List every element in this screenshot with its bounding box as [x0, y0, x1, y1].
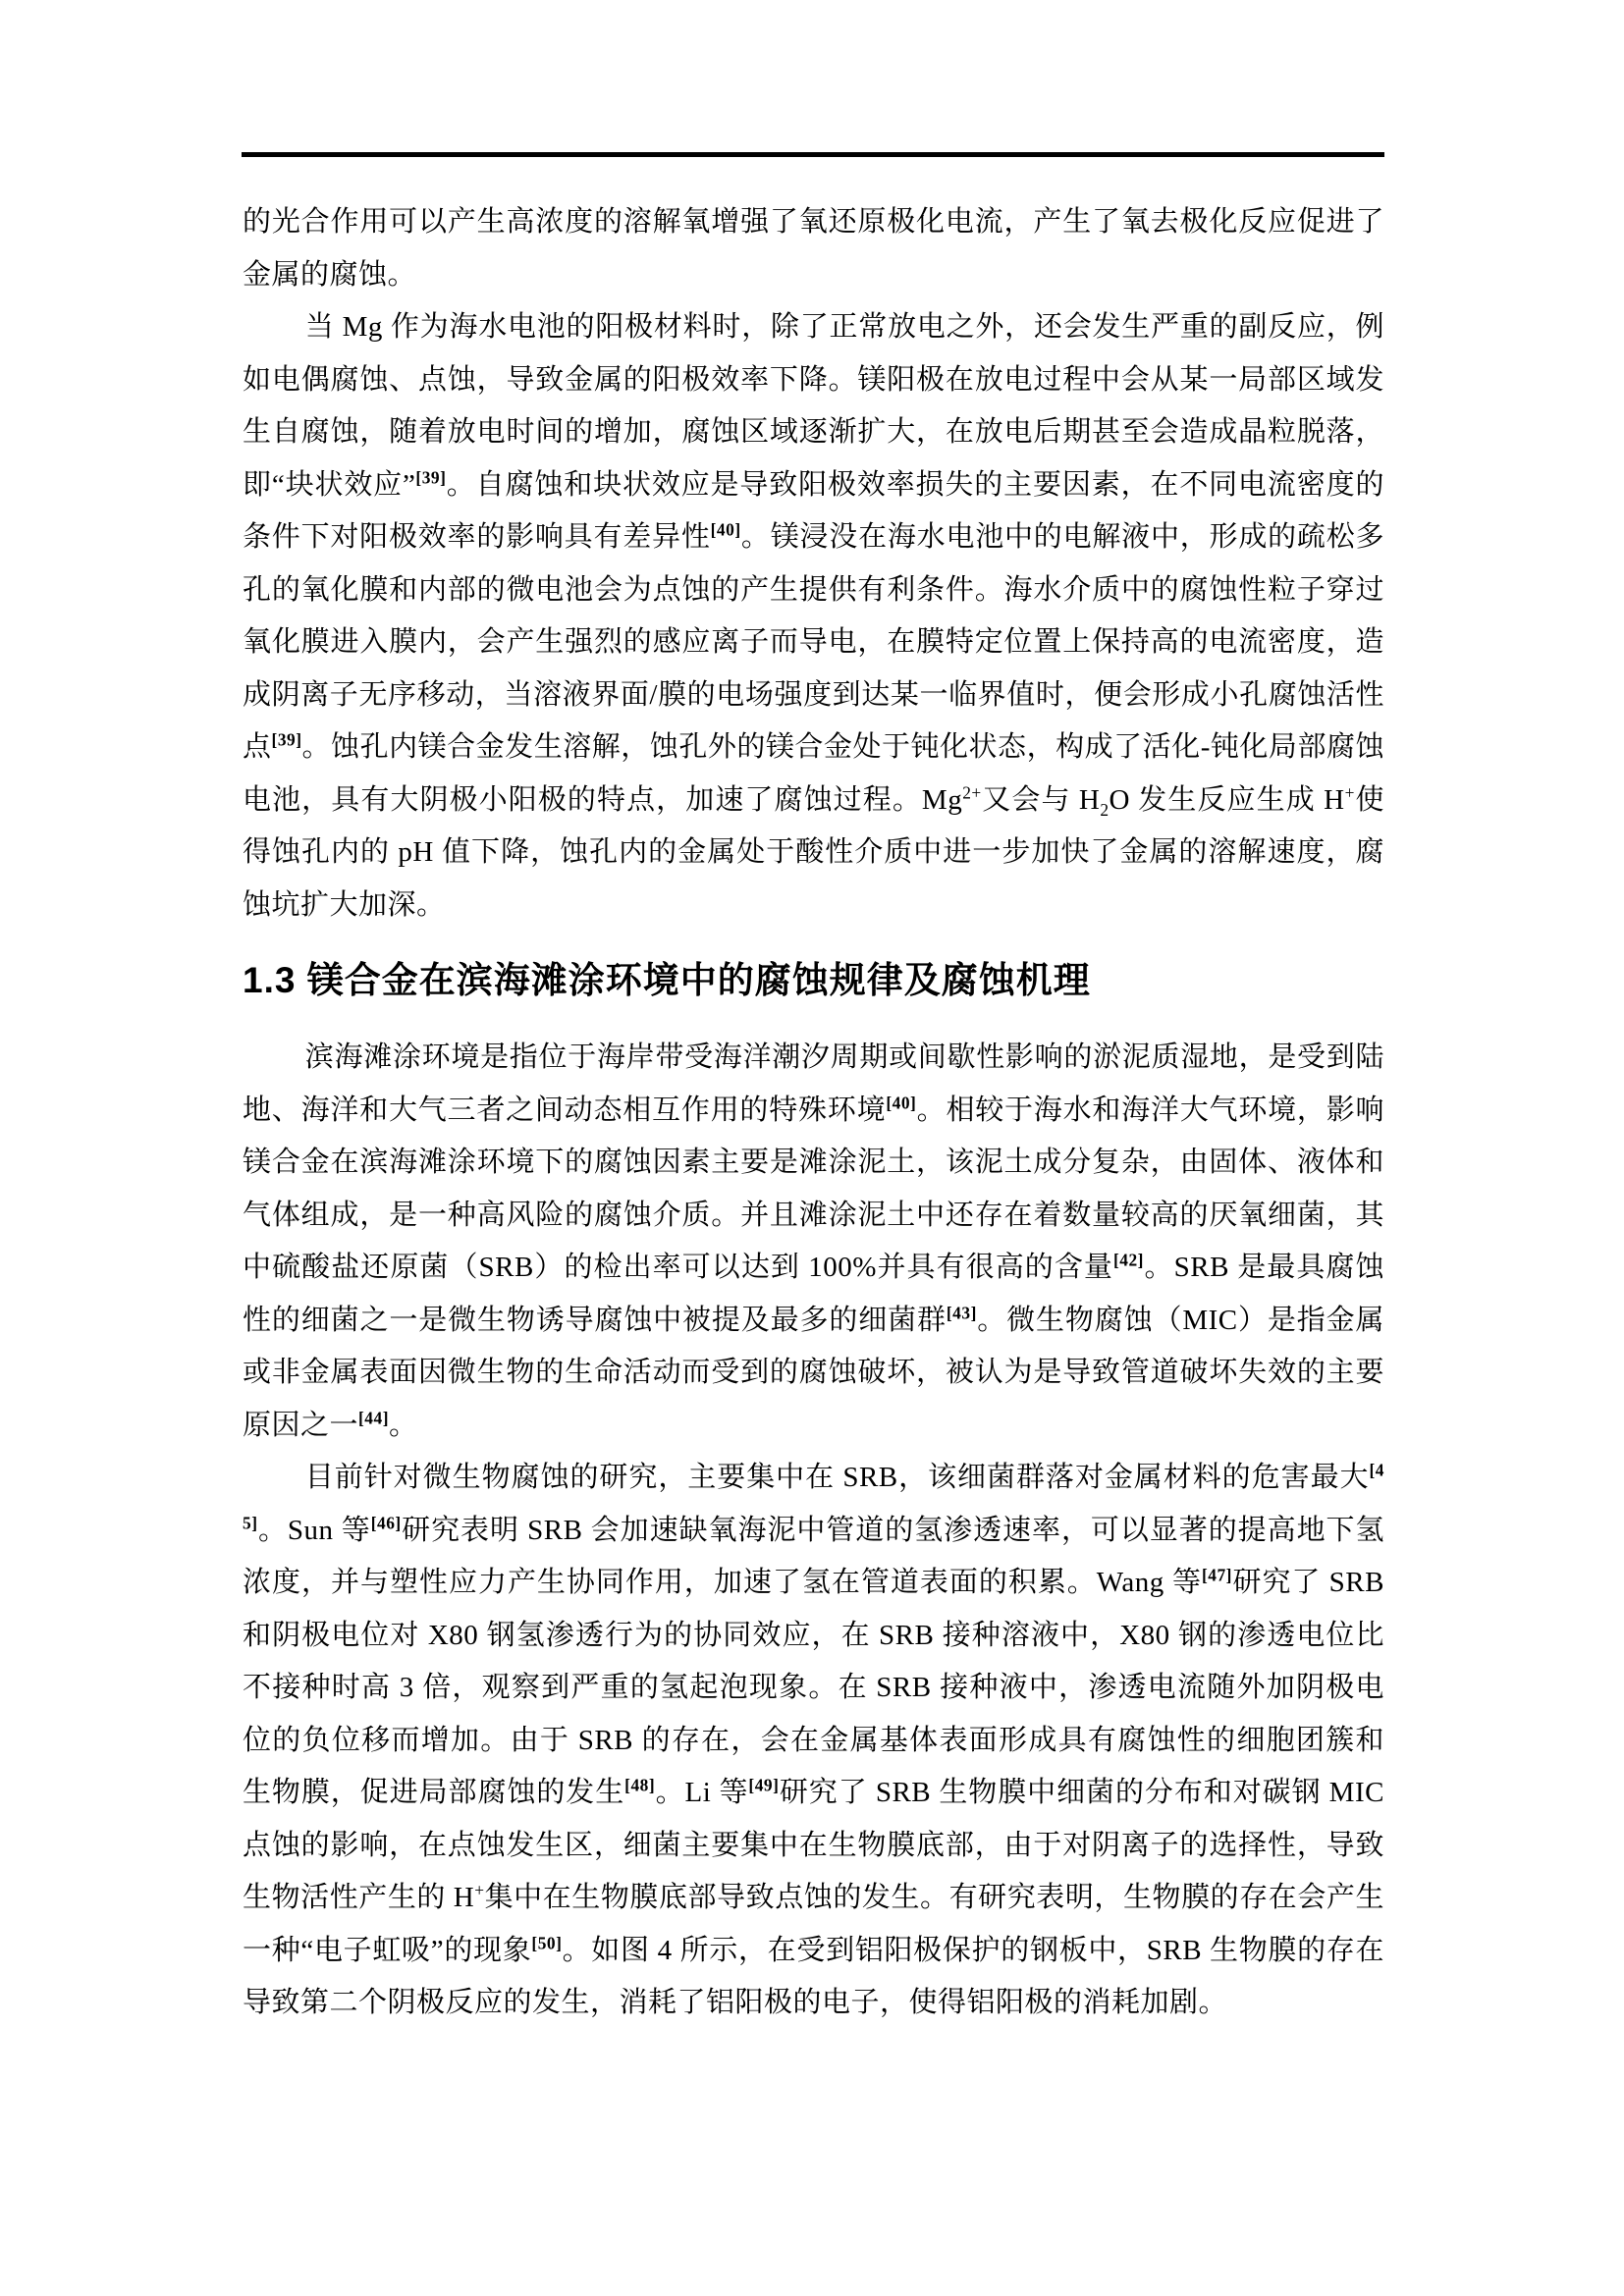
text-run: O 发生反应生成 H — [1110, 784, 1345, 816]
text-run: 研究了 SRB 和阴极电位对 X80 钢氢渗透行为的协同效应，在 SRB 接种溶… — [243, 1567, 1384, 1808]
text-run: 的光合作用可以产生高浓度的溶解氧增强了氧还原极化电流，产生了氧去极化反应促进了金… — [243, 206, 1384, 291]
text-run: 。Li 等 — [655, 1777, 748, 1808]
citation-ref: [39] — [415, 467, 446, 487]
superscript: 2+ — [962, 782, 982, 802]
text-run: 。镁浸没在海水电池中的电解液中，形成的疏松多孔的氧化膜和内部的微电池会为点蚀的产… — [243, 521, 1384, 763]
citation-ref: [50] — [531, 1933, 562, 1952]
citation-ref: [48] — [624, 1775, 655, 1794]
thesis-page: 的光合作用可以产生高浓度的溶解氧增强了氧还原极化电流，产生了氧去极化反应促进了金… — [0, 0, 1624, 2296]
paragraph: 目前针对微生物腐蚀的研究，主要集中在 SRB，该细菌群落对金属材料的危害最大[4… — [243, 1452, 1384, 2030]
citation-ref: [46] — [371, 1513, 402, 1532]
body-text: 的光合作用可以产生高浓度的溶解氧增强了氧还原极化电流，产生了氧去极化反应促进了金… — [243, 196, 1384, 2030]
paragraph: 当 Mg 作为海水电池的阳极材料时，除了正常放电之外，还会发生严重的副反应，例如… — [243, 301, 1384, 932]
text-run: 目前针对微生物腐蚀的研究，主要集中在 SRB，该细菌群落对金属材料的危害最大 — [305, 1462, 1370, 1493]
header-rule — [242, 152, 1384, 157]
citation-ref: [40] — [711, 519, 741, 539]
citation-ref: [44] — [358, 1408, 389, 1427]
superscript: + — [474, 1880, 484, 1899]
paragraph: 滨海滩涂环境是指位于海岸带受海洋潮汐周期或间歇性影响的淤泥质湿地，是受到陆地、海… — [243, 1032, 1384, 1452]
section-heading: 1.3 镁合金在滨海滩涂环境中的腐蚀规律及腐蚀机理 — [243, 957, 1384, 1004]
superscript: + — [1345, 782, 1355, 802]
citation-ref: [49] — [748, 1775, 779, 1794]
citation-ref: [42] — [1113, 1250, 1144, 1269]
citation-ref: [39] — [272, 729, 302, 749]
citation-ref: [43] — [947, 1303, 977, 1322]
text-run: 又会与 H — [982, 784, 1101, 816]
text-run: 。Sun 等 — [258, 1515, 371, 1546]
paragraph: 的光合作用可以产生高浓度的溶解氧增强了氧还原极化电流，产生了氧去极化反应促进了金… — [243, 196, 1384, 301]
subscript: 2 — [1100, 799, 1109, 819]
text-run: 研究表明 SRB 会加速缺氧海泥中管道的氢渗透速率，可以显著的提高地下氢浓度，并… — [243, 1515, 1384, 1599]
text-run: 。 — [389, 1410, 418, 1441]
citation-ref: [40] — [886, 1093, 916, 1112]
citation-ref: [47] — [1202, 1565, 1232, 1584]
